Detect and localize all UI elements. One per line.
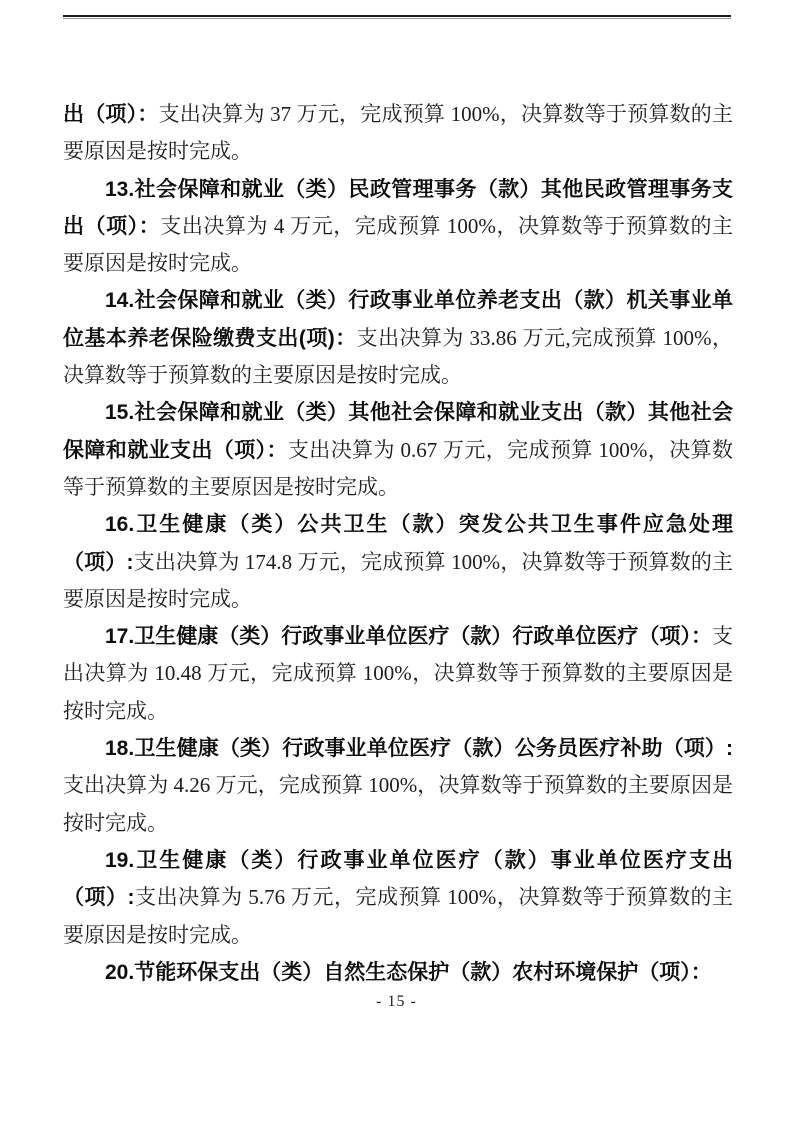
item-14-paragraph: 14.社会保障和就业（类）行政事业单位养老支出（款）机关事业单位基本养老保险缴费…	[63, 282, 733, 394]
item-16-paragraph: 16.卫生健康（类）公共卫生（款）突发公共卫生事件应急处理（项）:支出决算为 1…	[63, 506, 733, 618]
item-19-paragraph: 19.卫生健康（类）行政事业单位医疗（款）事业单位医疗支出（项）:支出决算为 5…	[63, 842, 733, 954]
item-heading: 18.卫生健康（类）行政事业单位医疗（款）公务员医疗补助（项）:	[105, 737, 733, 760]
item-description: 支出决算为 4.26 万元，完成预算 100%，决算数等于预算数的主要原因是按时…	[63, 773, 733, 834]
page-number: - 15 -	[0, 993, 793, 1011]
item-18-paragraph: 18.卫生健康（类）行政事业单位医疗（款）公务员医疗补助（项）:支出决算为 4.…	[63, 730, 733, 842]
header-separator-rule	[63, 15, 731, 19]
item-description: 支出决算为 4 万元，完成预算 100%，决算数等于预算数的主要原因是按时完成。	[63, 214, 733, 275]
item-13-paragraph: 13.社会保障和就业（类）民政管理事务（款）其他民政管理事务支出（项）：支出决算…	[63, 171, 733, 283]
document-page: 出（项）：支出决算为 37 万元，完成预算 100%，决算数等于预算数的主要原因…	[0, 0, 793, 1122]
item-12-continuation-paragraph: 出（项）：支出决算为 37 万元，完成预算 100%，决算数等于预算数的主要原因…	[63, 96, 733, 171]
item-description: 支出决算为 37 万元，完成预算 100%，决算数等于预算数的主要原因是按时完成…	[63, 102, 733, 163]
document-body: 出（项）：支出决算为 37 万元，完成预算 100%，决算数等于预算数的主要原因…	[63, 96, 733, 991]
item-description: 支出决算为 5.76 万元，完成预算 100%，决算数等于预算数的主要原因是按时…	[63, 885, 733, 946]
item-heading: 出（项）：	[63, 103, 159, 126]
item-15-paragraph: 15.社会保障和就业（类）其他社会保障和就业支出（款）其他社会保障和就业支出（项…	[63, 394, 733, 506]
item-17-paragraph: 17.卫生健康（类）行政事业单位医疗（款）行政单位医疗（项）：支出决算为 10.…	[63, 618, 733, 730]
item-heading: 20.节能环保支出（类）自然生态保护（款）农村环境保护（项）：	[105, 961, 712, 984]
item-20-paragraph: 20.节能环保支出（类）自然生态保护（款）农村环境保护（项）：	[63, 954, 733, 991]
item-description: 支出决算为 174.8 万元，完成预算 100%，决算数等于预算数的主要原因是按…	[63, 550, 733, 611]
item-heading: 17.卫生健康（类）行政事业单位医疗（款）行政单位医疗（项）：	[105, 625, 712, 648]
